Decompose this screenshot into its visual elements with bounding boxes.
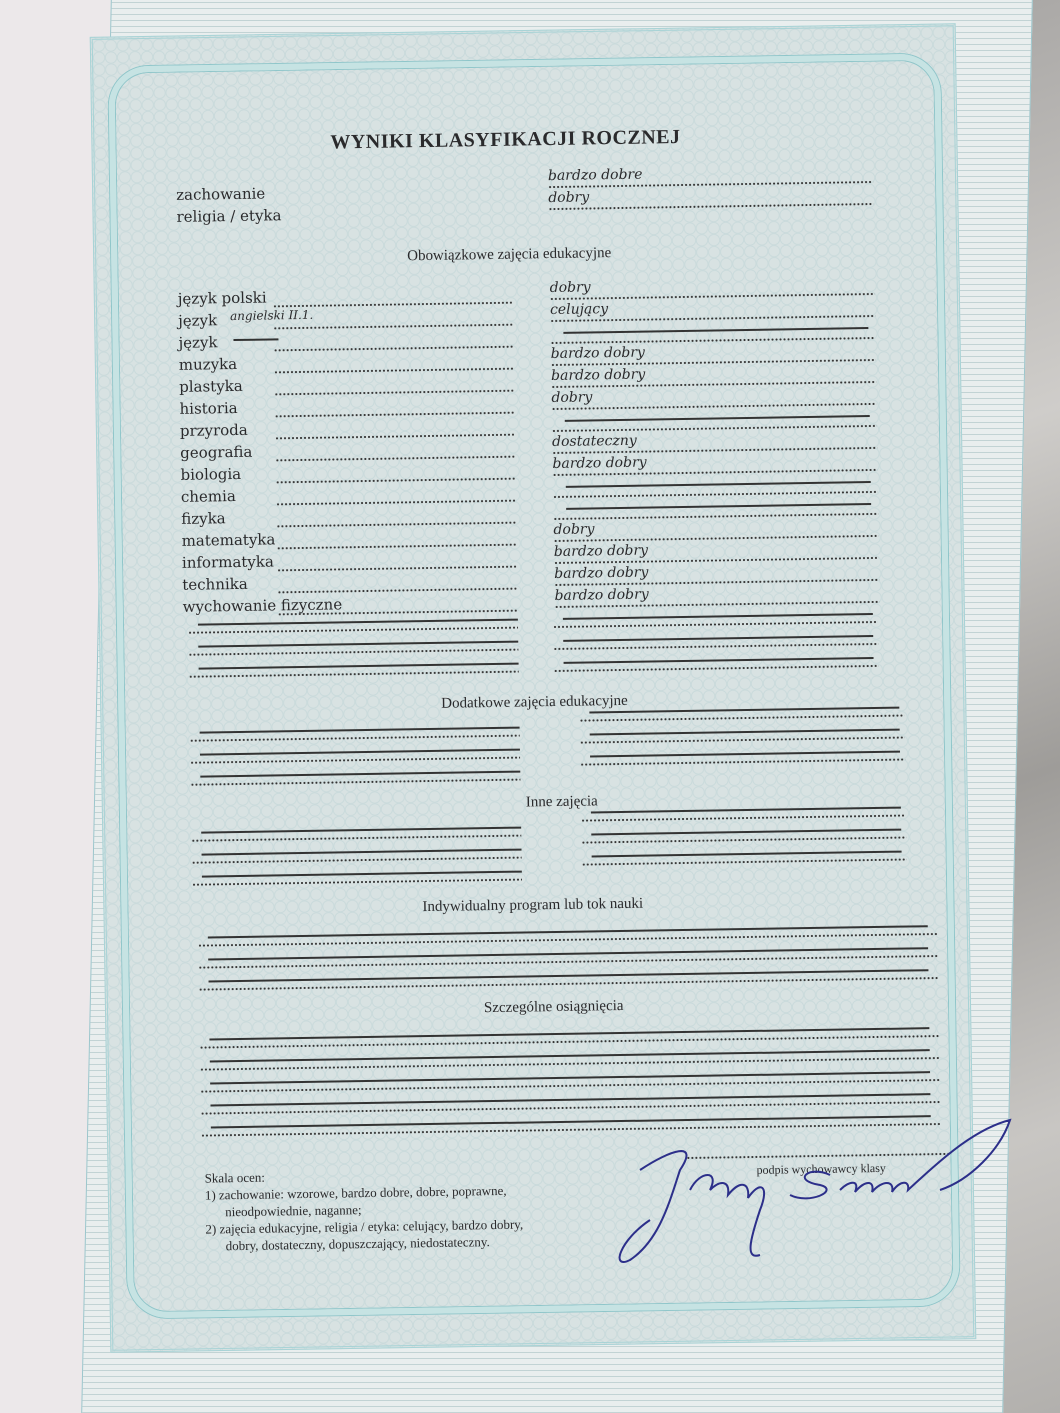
strike-dash [198, 619, 518, 626]
grade-value: bardzo dobre [548, 167, 643, 184]
certificate-content: WYNIKI KLASYFIKACJI ROCZNEJ zachowanie b… [170, 108, 948, 1270]
strike-dash [563, 635, 873, 641]
strike-dash [198, 641, 518, 648]
dotted-line [580, 737, 905, 744]
strike-dash [566, 481, 871, 487]
dotted-line [192, 879, 522, 886]
dotted-line [189, 671, 519, 678]
subject-label: matematyka [181, 530, 275, 549]
strike-dash [592, 851, 902, 857]
subject-label: język [178, 333, 217, 352]
dotted-line [190, 735, 520, 742]
subject-label: przyroda [180, 421, 248, 440]
dotted-line [554, 535, 879, 542]
strike-dash [589, 707, 899, 713]
strike-dash [200, 727, 520, 734]
subject-label: język polski [178, 289, 267, 308]
strike-dash [200, 749, 520, 756]
strike-dash [563, 327, 868, 333]
dotted-line [579, 715, 904, 722]
subject-label: chemia [181, 487, 236, 506]
grade-value: dobry [548, 189, 589, 206]
dotted-line [552, 403, 877, 410]
dotted-line [188, 627, 518, 634]
strike-dash [202, 849, 522, 856]
subject-label: technika [182, 575, 248, 594]
dotted-line [188, 649, 518, 656]
strike-dash [566, 503, 871, 509]
dotted-line [550, 293, 875, 300]
strike-dash [201, 827, 521, 834]
strike-dash [200, 771, 520, 778]
grade-value: celujący [550, 301, 608, 318]
grade-value: dobry [550, 279, 591, 296]
dotted-line [552, 425, 877, 432]
subject-label: geografia [180, 443, 252, 462]
strike-dash [590, 751, 900, 757]
dotted-line [192, 857, 522, 864]
strike-dash [563, 613, 873, 619]
subject-label: język [178, 311, 217, 330]
dotted-line [190, 757, 520, 764]
scale-line-2b: dobry, dostateczny, dopuszczający, niedo… [206, 1233, 524, 1255]
strike-dash [564, 657, 874, 663]
handwritten-signature [610, 1110, 1030, 1270]
grade-label: zachowanie [176, 185, 265, 204]
subject-label: biologia [180, 465, 241, 484]
heading-achievements: Szczególne osiągnięcia [484, 998, 624, 1017]
grade-value: dobry [553, 521, 594, 538]
dotted-line [553, 513, 878, 520]
dotted-line [580, 759, 905, 766]
grade-value: bardzo dobry [554, 587, 648, 604]
subject-label: informatyka [182, 552, 274, 571]
dotted-line [553, 621, 878, 628]
grading-scale: Skala ocen: 1) zachowanie: wzorowe, bard… [204, 1165, 523, 1255]
strike-dash [233, 338, 278, 340]
dotted-line [551, 337, 876, 344]
dotted-line [548, 203, 873, 210]
heading-additional: Dodatkowe zajęcia edukacyjne [441, 693, 628, 713]
grade-value: bardzo dobry [554, 543, 648, 560]
page-title: WYNIKI KLASYFIKACJI ROCZNEJ [330, 126, 681, 154]
heading-other: Inne zajęcia [526, 793, 598, 811]
grade-label: religia / etyka [176, 206, 281, 226]
dotted-line [190, 779, 520, 786]
dotted-line [582, 859, 907, 866]
strike-dash [591, 807, 901, 813]
dotted-line [191, 835, 521, 842]
heading-individual: Indywidualny program lub tok nauki [422, 896, 643, 916]
subject-label: historia [179, 399, 237, 418]
strike-dash [591, 829, 901, 835]
dotted-line [581, 815, 906, 822]
grade-value: dostateczny [552, 433, 637, 450]
grade-value: bardzo dobry [551, 345, 645, 362]
subject-label: fizyka [181, 509, 226, 528]
grade-value: bardzo dobry [554, 565, 648, 582]
strike-dash [565, 415, 870, 421]
dotted-line [553, 643, 878, 650]
strike-dash [202, 871, 522, 878]
grade-value: bardzo dobry [551, 367, 645, 384]
dotted-line [581, 837, 906, 844]
strike-dash [199, 663, 519, 670]
strike-dash [590, 729, 900, 735]
language-name: angielski II.1. [230, 308, 313, 323]
heading-mandatory: Obowiązkowe zajęcia edukacyjne [407, 245, 611, 265]
dotted-line [553, 491, 878, 498]
subject-label: muzyka [179, 355, 238, 374]
subject-label: plastyka [179, 377, 243, 396]
dotted-line [554, 665, 879, 672]
grade-value: dobry [551, 389, 592, 406]
grade-value: bardzo dobry [552, 455, 646, 472]
